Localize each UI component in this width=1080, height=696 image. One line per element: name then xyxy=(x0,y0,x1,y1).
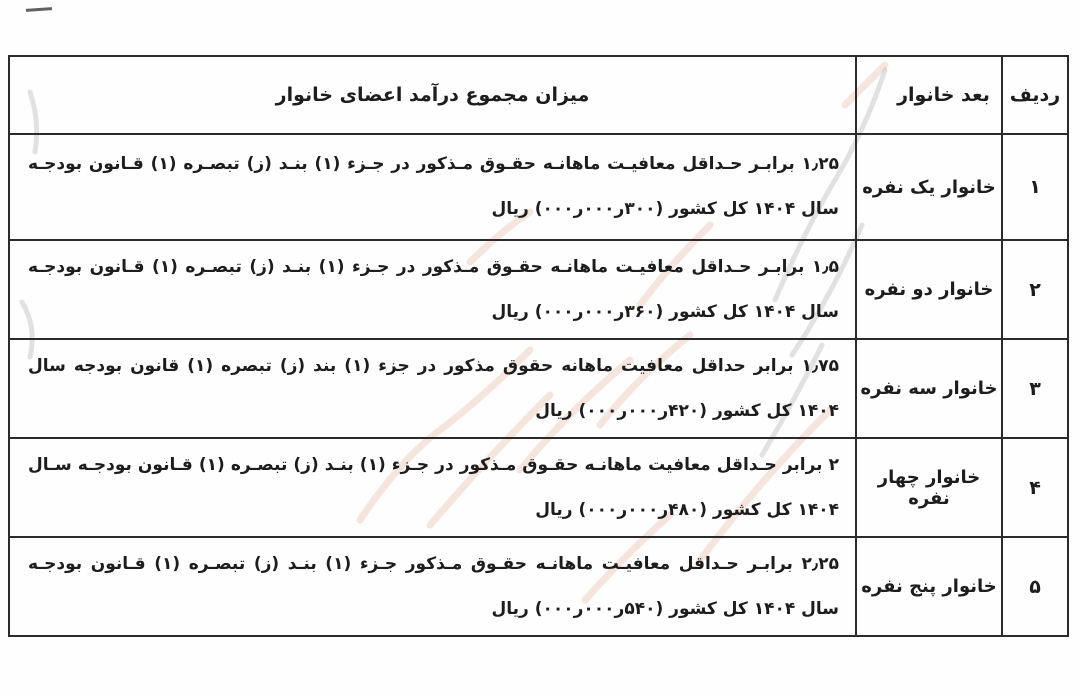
household-size-cell: خانوار سه نفره xyxy=(856,339,1002,438)
household-size-cell: خانوار یک نفره xyxy=(856,134,1002,240)
row-number-cell: ۴ xyxy=(1002,438,1068,537)
income-threshold-cell: ۲ برابر حـداقل معافیت ماهانـه حقـوق مـذک… xyxy=(9,438,856,537)
scan-artifact xyxy=(26,7,52,12)
income-threshold-cell: ۲٫۲۵ برابـر حـداقل معافیـت ماهانـه حقـوق… xyxy=(9,537,856,636)
table-row: ۱ خانوار یک نفره ۱٫۲۵ برابـر حـداقل معاف… xyxy=(9,134,1068,240)
row-number-cell: ۲ xyxy=(1002,240,1068,339)
table-row: ۳ خانوار سه نفره ۱٫۷۵ برابر حداقل معافیت… xyxy=(9,339,1068,438)
income-threshold-cell: ۱٫۷۵ برابر حداقل معافیت ماهانه حقوق مذکو… xyxy=(9,339,856,438)
col-header-household-size: بعد خانوار xyxy=(856,56,1002,134)
col-header-row-number: ردیف xyxy=(1002,56,1068,134)
income-threshold-cell: ۱٫۵ برابـر حـداقل معافیـت ماهانـه حقـوق … xyxy=(9,240,856,339)
row-number-cell: ۱ xyxy=(1002,134,1068,240)
household-size-cell: خانوار پنج نفره xyxy=(856,537,1002,636)
household-size-cell: خانوار دو نفره xyxy=(856,240,1002,339)
household-size-cell: خانوار چهار نفره xyxy=(856,438,1002,537)
col-header-income-title: میزان مجموع درآمد اعضای خانوار xyxy=(9,56,856,134)
table-header-row: ردیف بعد خانوار میزان مجموع درآمد اعضای … xyxy=(9,56,1068,134)
income-threshold-cell: ۱٫۲۵ برابـر حـداقل معافیـت ماهانـه حقـوق… xyxy=(9,134,856,240)
table-row: ۵ خانوار پنج نفره ۲٫۲۵ برابـر حـداقل معا… xyxy=(9,537,1068,636)
table-row: ۴ خانوار چهار نفره ۲ برابر حـداقل معافیت… xyxy=(9,438,1068,537)
row-number-cell: ۳ xyxy=(1002,339,1068,438)
income-table: ردیف بعد خانوار میزان مجموع درآمد اعضای … xyxy=(8,55,1069,637)
row-number-cell: ۵ xyxy=(1002,537,1068,636)
scanned-document-page: ردیف بعد خانوار میزان مجموع درآمد اعضای … xyxy=(0,0,1080,696)
table-row: ۲ خانوار دو نفره ۱٫۵ برابـر حـداقل معافی… xyxy=(9,240,1068,339)
